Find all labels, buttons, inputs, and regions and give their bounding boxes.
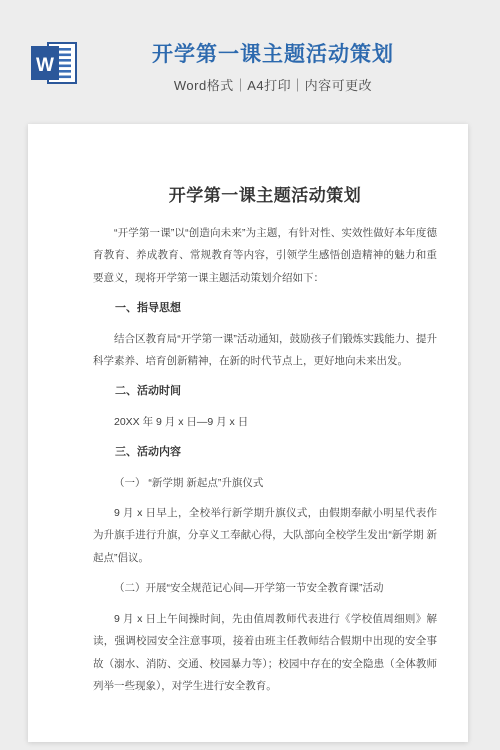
doc-heading: 三、活动内容 [93, 441, 437, 463]
doc-paragraph: “开学第一课”以“创造向未来”为主题，有针对性、实效性做好本年度德育教育、养成教… [93, 222, 437, 289]
doc-heading: 一、指导思想 [93, 297, 437, 319]
document-page: 开学第一课主题活动策划 “开学第一课”以“创造向未来”为主题，有针对性、实效性做… [28, 124, 468, 742]
doc-subheading: （一） “新学期 新起点”升旗仪式 [93, 472, 437, 494]
template-header: W 开学第一课主题活动策划 Word格式｜A4打印｜内容可更改 [0, 0, 500, 124]
word-icon-letter: W [36, 55, 54, 76]
doc-paragraph: 9 月 x 日早上，全校举行新学期升旗仪式，由假期奉献小明星代表作为升旗手进行升… [93, 502, 437, 569]
doc-subheading: （二）开展“安全规范记心间—开学第一节安全教育课”活动 [93, 577, 437, 599]
word-icon: W [31, 42, 79, 84]
document-body: “开学第一课”以“创造向未来”为主题，有针对性、实效性做好本年度德育教育、养成教… [93, 222, 437, 697]
doc-heading: 二、活动时间 [93, 380, 437, 402]
doc-paragraph: 结合区教育局“开学第一课”活动通知，鼓励孩子们锻炼实践能力、提升科学素养、培育创… [93, 328, 437, 373]
doc-paragraph: 20XX 年 9 月 x 日—9 月 x 日 [93, 411, 437, 433]
template-title: 开学第一课主题活动策划 [46, 42, 500, 68]
doc-paragraph: 9 月 x 日上午间操时间，先由值周教师代表进行《学校值周细则》解读，强调校园安… [93, 608, 437, 698]
template-subtitle: Word格式｜A4打印｜内容可更改 [46, 75, 500, 94]
document-title: 开学第一课主题活动策划 [93, 184, 437, 208]
